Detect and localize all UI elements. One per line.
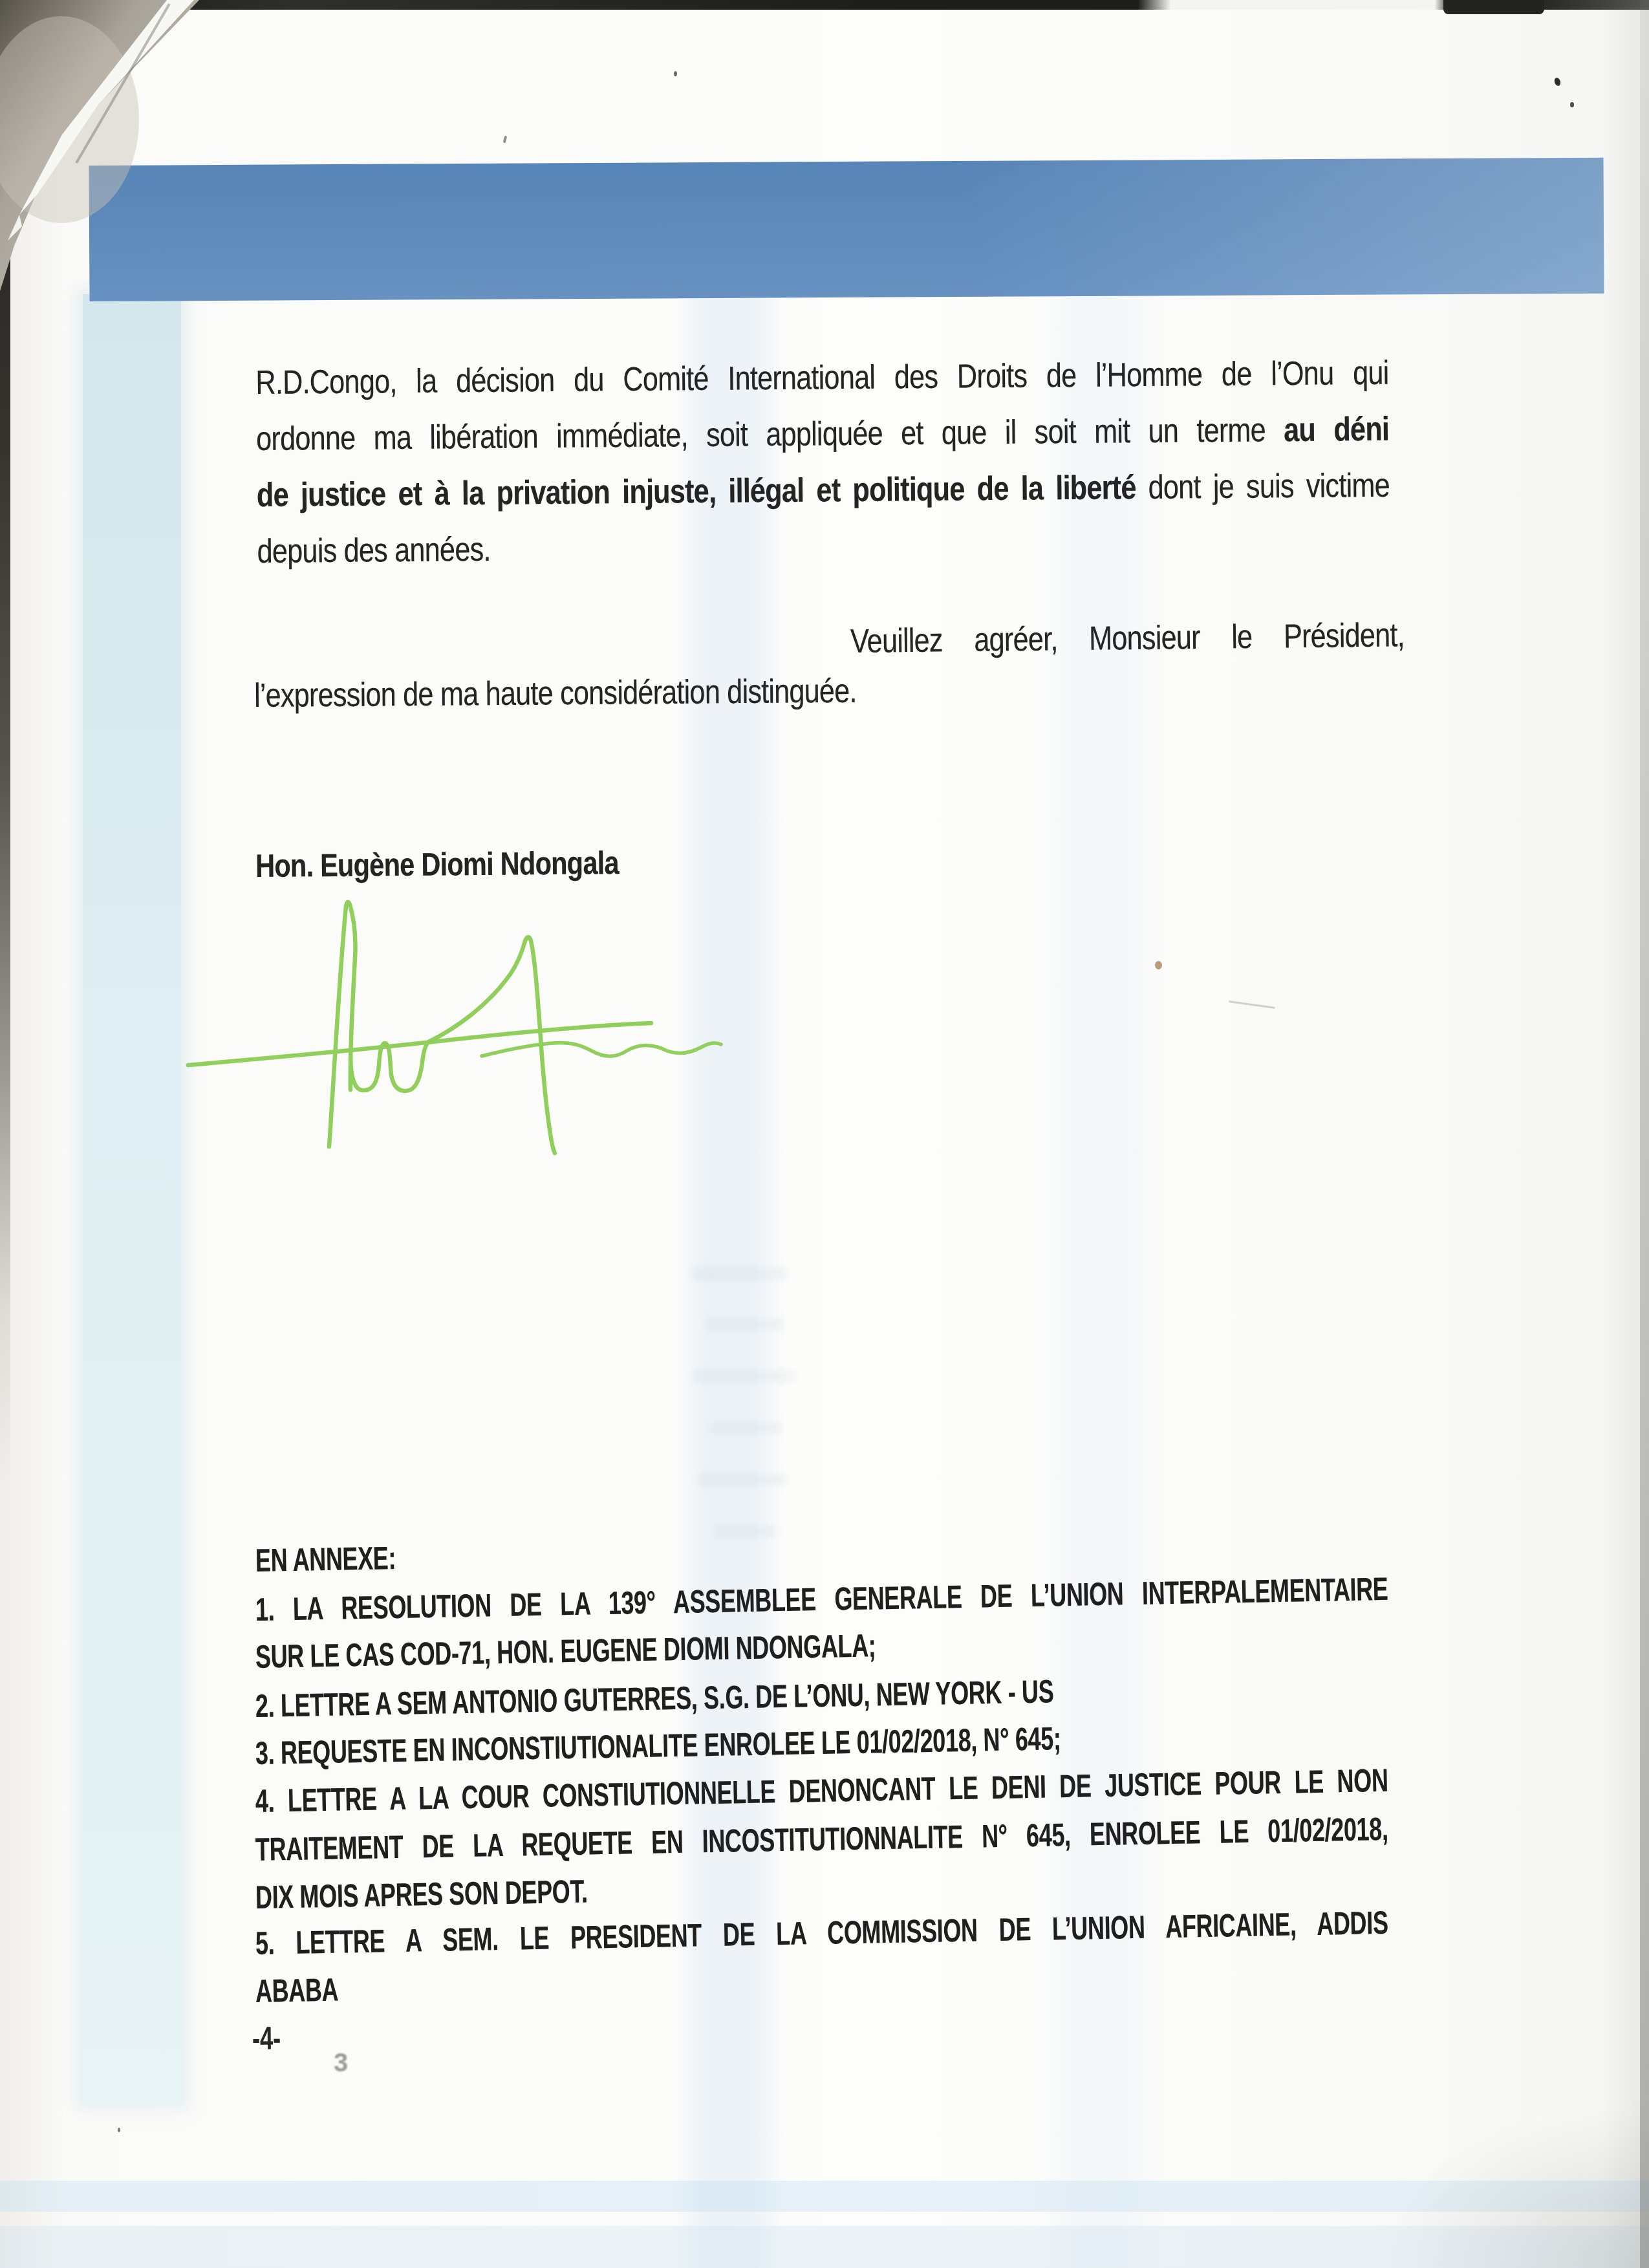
paragraph-line: R.D.Congo, la décision du Comité Interna… <box>255 345 1389 411</box>
scanner-edge-nub <box>1443 0 1544 14</box>
scanner-right-edge <box>1640 0 1649 2268</box>
bold-phrase: au déni <box>1284 411 1389 449</box>
signature-tail-stroke <box>482 1043 721 1057</box>
paragraph-line: de justice et à la privation injuste, il… <box>257 458 1390 524</box>
paragraph-line: depuis des années. <box>257 514 1390 580</box>
body-paragraph: R.D.Congo, la décision du Comité Interna… <box>255 345 1390 580</box>
scan-speck <box>1570 102 1574 107</box>
dust-speck <box>1155 961 1162 969</box>
paragraph-text: R.D.Congo, la décision du Comité Interna… <box>255 354 1388 402</box>
signature-rise-stroke <box>429 941 525 1042</box>
paragraph-text: depuis des années. <box>257 531 490 570</box>
paragraph-line: ordonne ma libération immédiate, soit ap… <box>256 402 1390 468</box>
bleedthrough-smudge <box>691 1266 788 1280</box>
signature-baseline-stroke <box>188 1023 651 1065</box>
scan-speck <box>118 2128 120 2132</box>
closing-line-2: l’expression de ma haute considération d… <box>254 659 1388 724</box>
bleedthrough-smudge <box>697 1473 788 1486</box>
stray-pencil-mark: 3 <box>334 2049 348 2078</box>
left-scan-band <box>83 294 181 2102</box>
bleedthrough-smudge <box>715 1525 776 1538</box>
scan-corner-shadow <box>1377 2100 1649 2268</box>
signature-spike-stroke <box>329 902 356 1147</box>
bleedthrough-smudge <box>692 1370 795 1383</box>
paragraph-text: dont je suis victime <box>1136 467 1390 506</box>
scan-speck <box>674 71 677 76</box>
bleedthrough-smudge <box>711 1421 782 1434</box>
bold-phrase: de justice et à la privation injuste, il… <box>257 469 1136 514</box>
paragraph-text: ordonne ma libération immédiate, soit ap… <box>256 411 1284 458</box>
handwritten-signature <box>184 896 734 1180</box>
scanned-letter-page: { "document": { "kind": "scanned letter … <box>0 0 1649 2268</box>
bleedthrough-smudge <box>706 1318 784 1331</box>
